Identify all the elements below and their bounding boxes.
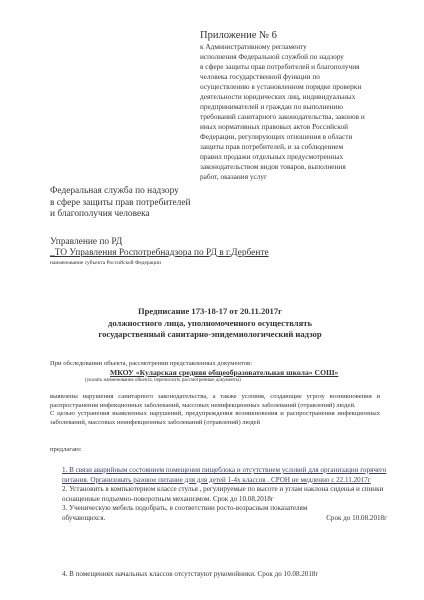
propose-label: предлагаю: [50,446,82,453]
subject-hint: наименование субъекта Российской Федерац… [50,260,300,267]
appendix-line: иных нормативных правовых актов Российск… [200,122,420,132]
appendix-line: человека государственной функции по [200,72,420,82]
requirement-text: 3. Ученическую мебель подобрать, в соотв… [62,504,387,514]
appendix-text: к Административному регламенту исполнени… [200,42,420,182]
appendix-line: к Административному регламенту [200,42,420,52]
requirement-text: обучающихся. [62,514,105,524]
heading-line: государственный санитарно-эпидемиологиче… [50,329,370,341]
requirement-item: 4. В помещениях начальных классов отсутс… [62,570,318,578]
appendix-line: осуществлению в установленном порядке пр… [200,82,420,92]
requirement-item: 1. В связи аварийным состоянием помещени… [62,466,387,485]
appendix-line: предпринимателей и граждан по выполнению [200,102,420,112]
object-name: МКОУ «Куларская средняя общеобразователь… [50,369,380,378]
appendix-line: правил продажи отдельных предусмотренных [200,152,420,162]
appendix-line: законодательством видов товаров, выполне… [200,162,420,172]
heading-line: должностного лица, уполномоченного осуще… [50,318,370,330]
appendix-line: исполнения Федеральной службой по надзор… [200,52,420,62]
findings-paragraph: выявлены нарушения санитарного законодат… [50,393,380,410]
appendix-line: деятельности юридических лиц, индивидуал… [200,92,420,102]
management-name: Управление по РД [50,237,300,249]
territorial-office: _ТО Управления Роспотребнадзора по РД в … [50,248,300,260]
requirement-item: 2. Установить в компьютерном классе стул… [62,485,387,504]
agency-line: в сфере защиты прав потребителей [50,198,300,210]
requirement-item: 3. Ученическую мебель подобрать, в соотв… [62,504,387,523]
appendix-line: требований санитарного законодательства,… [200,112,420,122]
appendix-block: Приложение № 6 к Административному регла… [200,29,420,182]
document-heading: Предписание 173-18-17 от 20.11.2017г дол… [50,306,370,341]
appendix-line: защиты прав потребителей, и за соблюдени… [200,142,420,152]
agency-line: и благополучия человека [50,209,300,221]
requirement-deadline: Срок до 10.08.2018г [326,514,387,524]
appendix-line: работ, оказания услуг [200,172,420,182]
appendix-title: Приложение № 6 [200,29,420,42]
object-hint: (указать наименование объекта, перечисли… [50,377,380,386]
survey-block: При обследовании объекта, рассмотрении п… [50,360,380,386]
findings-block: выявлены нарушения санитарного законодат… [50,393,380,427]
agency-line: Федеральная служба по надзору [50,186,300,198]
agency-block: Федеральная служба по надзору в сфере за… [50,186,300,267]
requirements-list: 1. В связи аварийным состоянием помещени… [62,466,387,524]
appendix-line: Федерации, регулирующих отношения в обла… [200,132,420,142]
appendix-line: в сфере защиты прав потребителей и благо… [200,62,420,72]
prescription-title: Предписание 173-18-17 от 20.11.2017г [50,306,370,318]
purpose-paragraph: С целью устранения выявленных нарушений,… [50,410,380,427]
